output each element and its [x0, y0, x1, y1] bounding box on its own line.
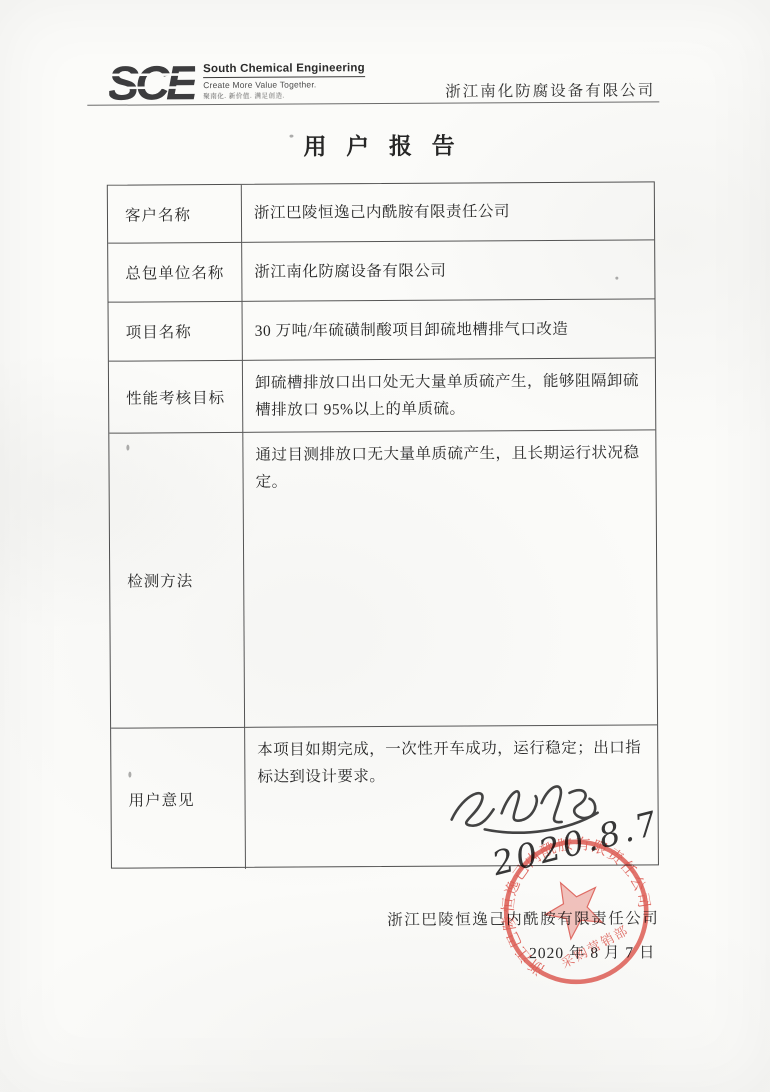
row-label-test-method: 检测方法	[109, 433, 245, 729]
row-label-performance-target: 性能考核目标	[109, 361, 243, 434]
row-value-customer: 浙江巴陵恒逸己内酰胺有限责任公司	[242, 182, 654, 243]
row-label-project: 项目名称	[109, 302, 243, 362]
sce-logo-icon: SCE	[109, 59, 195, 106]
document-page: SCE South Chemical Engineering Create Mo…	[0, 0, 770, 1092]
row-value-test-method: 通过目测排放口无大量单质硫产生，且长期运行状况稳定。	[243, 430, 657, 728]
row-label-user-opinion: 用户意见	[111, 728, 246, 870]
company-seal-stamp: 浙江巴陵恒逸己内酰胺有限责任公司 采购营销部	[494, 829, 659, 994]
report-table: 客户名称 浙江巴陵恒逸己内酰胺有限责任公司 总包单位名称 浙江南化防腐设备有限公…	[107, 181, 659, 868]
row-value-performance-target: 卸硫槽排放口出口处无大量单质硫产生，能够阻隔卸硫槽排放口 95%以上的单质硫。	[243, 358, 655, 433]
scan-speck	[126, 445, 129, 451]
row-value-project: 30 万吨/年硫磺制酸项目卸硫地槽排气口改造	[243, 299, 655, 361]
logo-tagline-cn: 聚南化. 新价值. 满足创造.	[203, 90, 365, 100]
row-label-contractor: 总包单位名称	[108, 243, 242, 303]
header-company-name: 浙江南化防腐设备有限公司	[445, 78, 655, 101]
page-title: 用 户 报 告	[0, 126, 768, 164]
company-logo: SCE South Chemical Engineering Create Mo…	[109, 58, 365, 106]
scan-speck	[128, 772, 131, 778]
scan-speck	[289, 135, 293, 138]
scan-speck	[615, 277, 618, 280]
svg-text:SCE: SCE	[109, 59, 195, 106]
seal-star-icon	[535, 869, 611, 944]
row-value-contractor: 浙江南化防腐设备有限公司	[242, 240, 654, 302]
row-label-customer: 客户名称	[108, 185, 242, 244]
logo-tagline-en: Create More Value Together.	[203, 79, 365, 90]
logo-name-en: South Chemical Engineering	[203, 62, 365, 78]
